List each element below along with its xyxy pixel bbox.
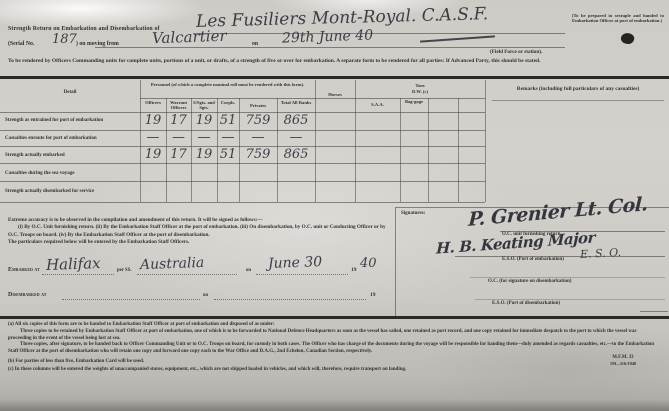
render-note: To be rendered by Officers Commanding un… (8, 58, 656, 65)
disembarked-at-label: Disembarked at (8, 292, 46, 300)
col-header-officers: Officers (140, 100, 166, 105)
eso-handwritten-abbrev: E. S. O. (580, 246, 622, 261)
cell-value: 759 (239, 113, 277, 128)
cell-value: — (166, 130, 191, 145)
remarks-header-rule (492, 100, 664, 101)
embark-leader (42, 273, 114, 275)
handwritten-dash-stroke (420, 35, 495, 42)
footnote-c: (c) In these columns will be entered the… (8, 367, 658, 374)
corner-rule (640, 310, 668, 312)
table-hline (0, 181, 485, 182)
cell-value: 865 (277, 147, 315, 162)
cell-value: — (239, 130, 277, 145)
eso-signature-label: E.S.O. (Port of embarkation) (502, 257, 564, 263)
footnote-a: (a) All six copies of this form are to b… (8, 322, 658, 329)
scanned-form-page: Strength Return on Embarkation and Disem… (0, 0, 669, 411)
table-vline (428, 98, 429, 202)
row-label-strength-embarked: Strength actually embarked (5, 153, 139, 159)
ship-name-handwritten: Australia (140, 255, 205, 273)
oc-disembark-rule (470, 276, 665, 278)
tons-group-header-line1: Tons (355, 83, 485, 88)
col-header-saa: S.A.A. (355, 102, 400, 107)
footnote-a2: Three copies, after signature, to be han… (8, 342, 658, 356)
table-vline (485, 80, 486, 202)
embark-year-prefix: 19 (351, 267, 357, 274)
print-code: 1M—6/6/1940 (588, 361, 658, 367)
table-hline (0, 163, 485, 164)
table-hline (0, 202, 485, 203)
move-date-handwritten: 29th June 40 (282, 27, 374, 46)
cell-value: 17 (166, 113, 191, 128)
cell-value: 19 (140, 113, 166, 128)
cell-value: 51 (217, 113, 239, 128)
cell-value: — (217, 130, 239, 145)
embarked-place-handwritten: Halifax (46, 254, 101, 274)
disembark-on-label: on (203, 293, 208, 299)
tons-group-header-line2: D.W. (c) (355, 89, 485, 94)
cell-value: 17 (166, 147, 191, 162)
row-label-strength-entrained: Strength as entrained for port of embark… (5, 118, 139, 124)
table-hline (140, 98, 485, 99)
serial-value-handwritten: 187 (52, 32, 77, 47)
unit-name-rule (193, 32, 565, 34)
scan-bottom-shadow (0, 399, 669, 411)
disembark-leader (62, 298, 200, 300)
embark-date-handwritten: June 30 (268, 254, 323, 272)
personnel-group-header: Personnel (of which a complete nominal r… (142, 82, 313, 87)
remarks-column-header: Remarks (including full particulars of a… (492, 86, 664, 93)
oc-disembarkation-label: O.C. (for signature on disembarkation) (488, 279, 571, 285)
table-vline (400, 98, 401, 202)
row-label-strength-disembarked: Strength actually disembarked for servic… (5, 189, 139, 195)
col-header-total-all-ranks: Total All Ranks (277, 100, 315, 105)
col-header-horses: Horses (315, 92, 355, 97)
embark-date-leader (256, 273, 348, 275)
cell-value: 51 (217, 147, 239, 162)
prepare-note: (To be prepared in sextuple and handed t… (572, 13, 664, 24)
accuracy-note-line2: (i) By O.C. Unit furnishing return. (ii)… (8, 224, 388, 239)
ink-blot (620, 31, 636, 46)
col-header-privates: Privates (239, 103, 277, 108)
cell-value: — (277, 130, 315, 145)
per-ss-label: per SS. (117, 268, 132, 274)
serial-label: (Serial No. (8, 41, 34, 48)
ship-leader (137, 273, 237, 275)
cell-value: 19 (191, 147, 217, 162)
eso-disembarkation-label: E.S.O. (Port of disembarkation) (492, 301, 560, 307)
strength-table: Detail Personnel (of which a complete no… (0, 80, 669, 202)
table-top-rule (0, 76, 669, 79)
eso-disembark-rule (475, 298, 665, 300)
cell-value: — (140, 130, 166, 145)
embark-on-label: on (246, 268, 251, 274)
embarked-at-label: Embarked at (8, 267, 40, 275)
row-label-casualties-enroute: Casualties enroute for port of embarkati… (5, 136, 139, 142)
cell-value: — (191, 130, 217, 145)
signatures-label: Signatures: (401, 211, 425, 217)
disembark-date-leader (214, 298, 366, 300)
cell-value: 759 (239, 147, 277, 162)
form-title: Strength Return on Embarkation and Disem… (8, 26, 160, 33)
cell-value: 19 (140, 147, 166, 162)
col-header-warrant-officers: Warrant Officers (166, 100, 191, 111)
cell-value: 19 (191, 113, 217, 128)
footnote-b: (b) For parties of less than five, Embar… (8, 359, 658, 366)
table-vline (458, 98, 459, 202)
col-header-baggage: Bag-gage (400, 99, 428, 104)
col-header-corporals: Corpls. (217, 100, 239, 105)
serial-line-rule (95, 46, 565, 48)
accuracy-note: Extreme accuracy is to be observed in th… (8, 217, 388, 246)
disembark-year-prefix: 19 (370, 292, 376, 299)
field-force-label: (Field Force or station). (490, 49, 542, 55)
detail-column-header: Detail (0, 90, 140, 96)
footnote-a1: Three copies to be retained by Embarkati… (8, 329, 658, 343)
embark-year-handwritten: 40 (360, 256, 377, 271)
col-header-sgts: S/Sgts. and Sgts. (191, 100, 217, 111)
cell-value: 865 (277, 113, 315, 128)
moving-from-value-handwritten: Valcartier (152, 27, 227, 48)
accuracy-note-line3: The particulars required below will be e… (8, 239, 388, 246)
row-label-casualties-voyage: Casualties during the sea voyage (5, 171, 139, 177)
bottom-rule (0, 316, 669, 319)
footnotes: (a) All six copies of this form are to b… (8, 322, 658, 373)
